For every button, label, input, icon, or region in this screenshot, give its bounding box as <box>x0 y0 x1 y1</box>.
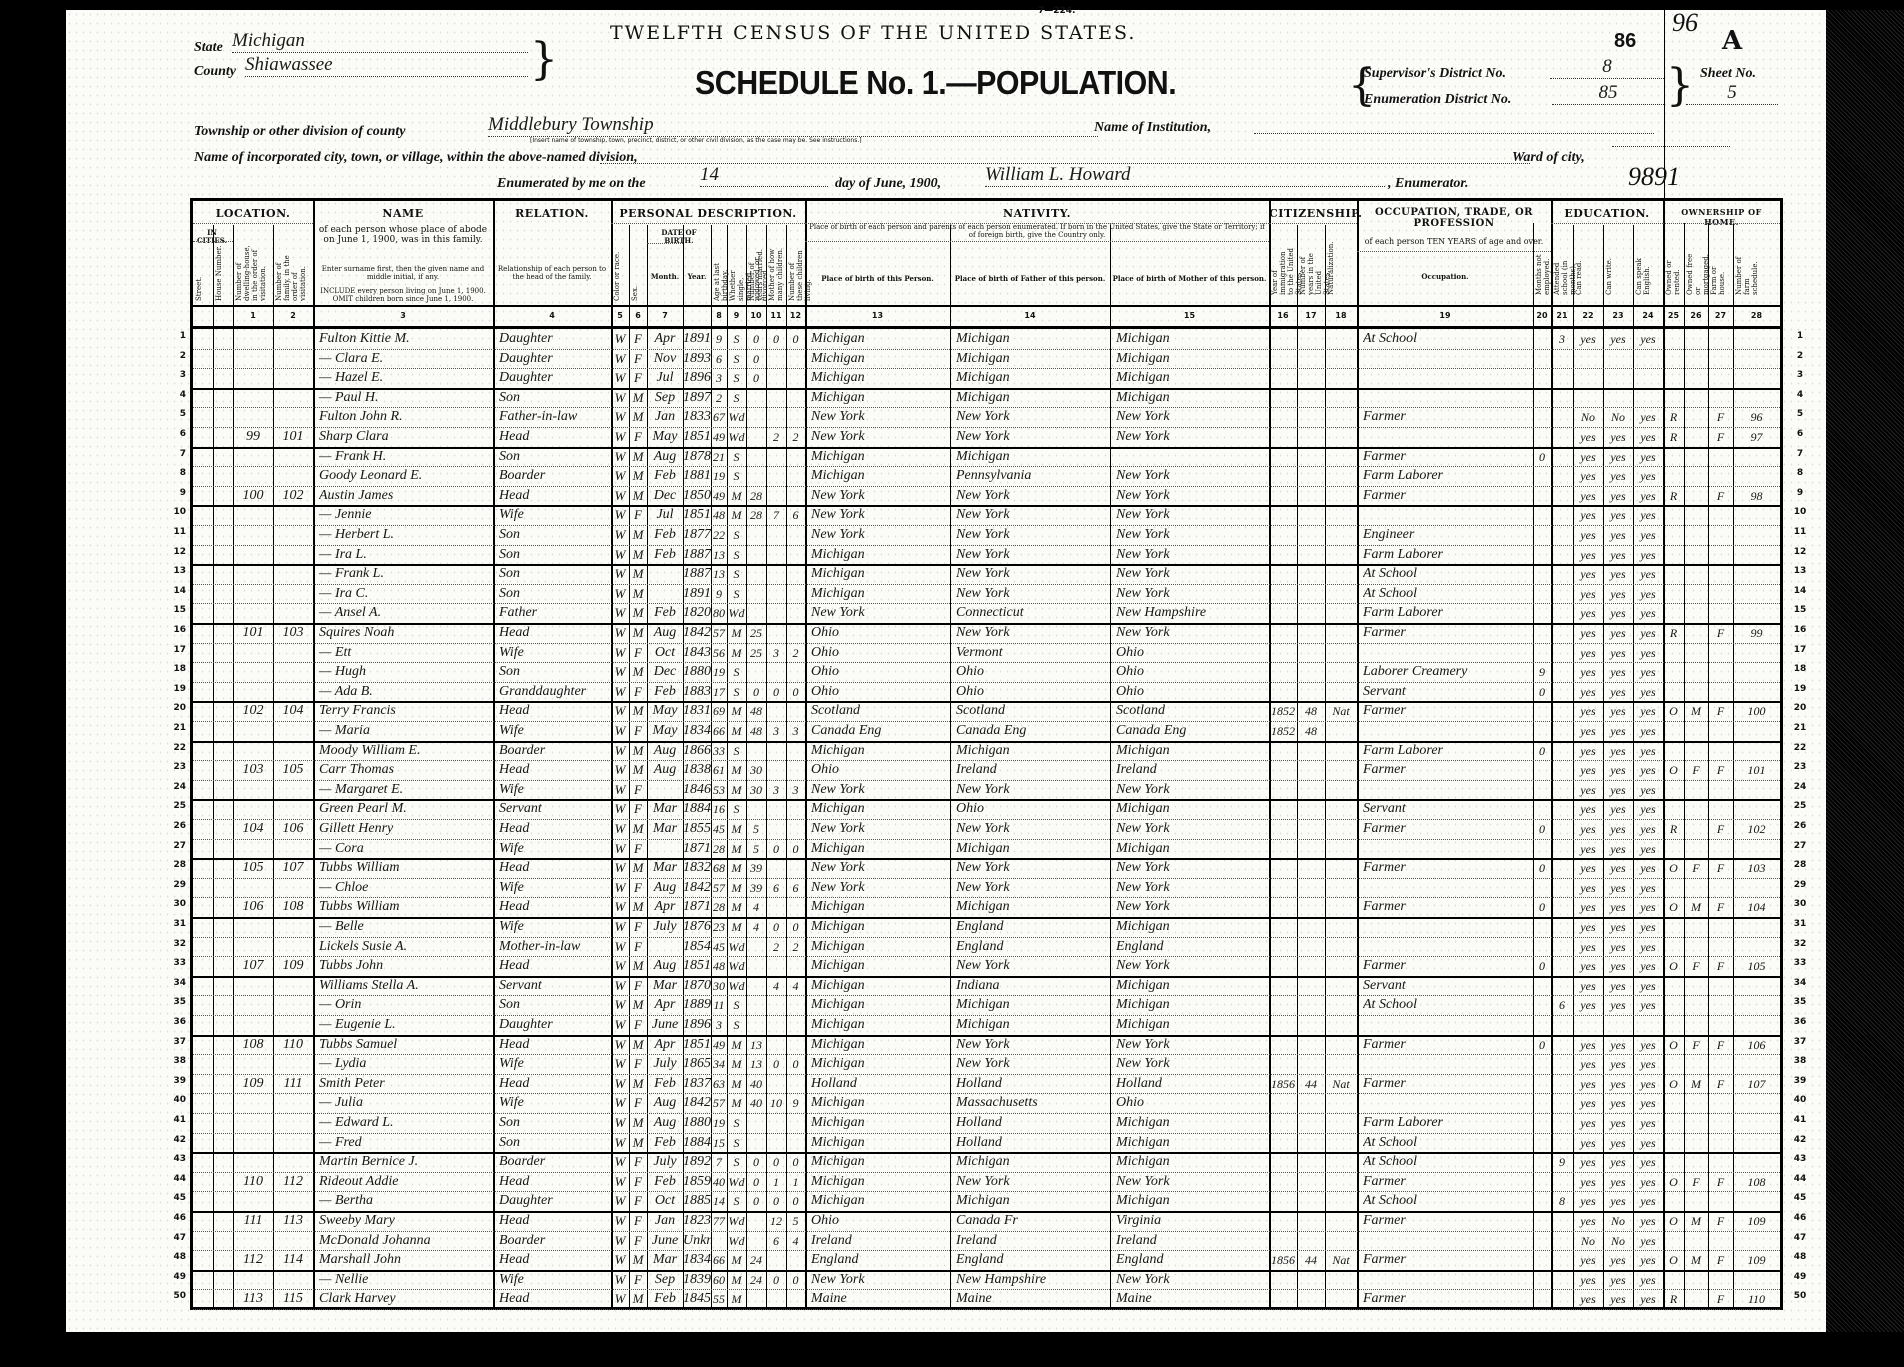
sheet-side: A <box>1722 26 1742 56</box>
row-number: 47 <box>1790 1233 1810 1243</box>
cell-fs <box>1733 662 1780 682</box>
cell-own <box>1663 662 1684 682</box>
cell-bpf: Michigan <box>956 329 1110 349</box>
cell-fm <box>1684 1093 1708 1113</box>
column-number: 23 <box>1603 311 1633 320</box>
cell-bpf: Ohio <box>956 662 1110 682</box>
cell-rel: Wife <box>499 505 611 525</box>
cell-sex: F <box>629 839 647 859</box>
cell-dw <box>233 976 273 996</box>
cell-mne <box>1533 349 1551 369</box>
cell-dw <box>233 564 273 584</box>
cell-yrs <box>1297 368 1325 388</box>
cell-month: Jan <box>647 407 683 427</box>
cell-name: — Ada B. <box>319 682 493 702</box>
column-label: Number of years married. <box>748 245 764 301</box>
header-relation: RELATION. <box>493 207 611 220</box>
cell-name: Fulton Kittie M. <box>319 329 493 349</box>
row-number: 2 <box>1790 351 1810 361</box>
cell-read: yes <box>1573 1289 1603 1309</box>
table-row: — HughSonWMDec188019SOhioOhioOhioLaborer… <box>193 662 1786 682</box>
header-location: LOCATION. <box>193 207 313 220</box>
cell-bp: Michigan <box>811 368 950 388</box>
cell-ms: S <box>727 525 746 545</box>
cell-imm: 1852 <box>1269 721 1297 741</box>
cell-mne: 0 <box>1533 741 1551 761</box>
cell-write: yes <box>1603 329 1633 349</box>
cell-own: R <box>1663 427 1684 447</box>
cell-month: Jul <box>647 505 683 525</box>
row-number: 6 <box>1790 429 1810 439</box>
cell-color: W <box>611 407 629 427</box>
cell-fam <box>273 995 313 1015</box>
cell-month: July <box>647 917 683 937</box>
cell-ms: S <box>727 682 746 702</box>
cell-sch <box>1551 643 1573 663</box>
cell-mne <box>1533 643 1551 663</box>
cell-yrs <box>1297 897 1325 917</box>
column-label: Place of birth of Mother of this person. <box>1110 275 1269 283</box>
cell-sch <box>1551 976 1573 996</box>
cell-fs <box>1733 1191 1780 1211</box>
cell-fs <box>1733 995 1780 1015</box>
cell-mc <box>766 603 786 623</box>
cell-yrs <box>1297 819 1325 839</box>
cell-name: Fulton John R. <box>319 407 493 427</box>
column-label: Owned or rented. <box>1665 245 1682 295</box>
cell-own <box>1663 721 1684 741</box>
cell-fh: F <box>1708 1211 1733 1231</box>
cell-month <box>647 584 683 604</box>
cell-speak <box>1633 368 1663 388</box>
cell-fs <box>1733 525 1780 545</box>
cell-age: 57 <box>711 878 727 898</box>
cell-own <box>1663 995 1684 1015</box>
cell-ms: M <box>727 1270 746 1290</box>
enumerator-name-field[interactable]: William L. Howard <box>985 164 1385 187</box>
column-number: 9 <box>727 311 746 320</box>
cell-fam <box>273 407 313 427</box>
row-number: 15 <box>1790 605 1810 615</box>
cell-read: yes <box>1573 505 1603 525</box>
cell-read: yes <box>1573 623 1603 643</box>
cell-year: 1884 <box>683 1133 711 1153</box>
cell-bp: New York <box>811 407 950 427</box>
city-label: Name of incorporated city, town, or vill… <box>194 150 638 166</box>
cell-ym <box>746 1289 766 1309</box>
cell-year: 1851 <box>683 1035 711 1055</box>
cell-mc <box>766 447 786 467</box>
cell-ym: 25 <box>746 643 766 663</box>
cell-rel: Head <box>499 1289 611 1309</box>
cell-imm <box>1269 662 1297 682</box>
cell-ym: 24 <box>746 1250 766 1270</box>
ward-field[interactable] <box>1612 146 1730 147</box>
cell-bpm: Ireland <box>1116 760 1269 780</box>
cell-fh <box>1708 349 1733 369</box>
cell-bpf: Holland <box>956 1113 1110 1133</box>
cell-mc <box>766 662 786 682</box>
cell-name: Rideout Addie <box>319 1172 493 1192</box>
cell-month: Sep <box>647 1270 683 1290</box>
cell-color: W <box>611 721 629 741</box>
cell-rel: Son <box>499 564 611 584</box>
cell-cl <box>786 799 805 819</box>
cell-own: O <box>1663 858 1684 878</box>
table-row: — Ada B.GranddaughterWFFeb188317S000Ohio… <box>193 682 1786 702</box>
cell-read: yes <box>1573 780 1603 800</box>
cell-yrs <box>1297 995 1325 1015</box>
township-field[interactable]: Middlebury Township <box>488 114 1098 137</box>
cell-mne <box>1533 1211 1551 1231</box>
cell-cl <box>786 760 805 780</box>
cell-name: Tubbs William <box>319 897 493 917</box>
table-row: 109111Smith PeterHeadWMFeb183763M40Holla… <box>193 1074 1786 1094</box>
cell-year: 1887 <box>683 545 711 565</box>
cell-ms: Wd <box>727 976 746 996</box>
column-label: Number of farm schedule. <box>1735 245 1778 295</box>
cell-read: yes <box>1573 447 1603 467</box>
cell-fm: F <box>1684 1035 1708 1055</box>
cell-own <box>1663 741 1684 761</box>
cell-color: W <box>611 917 629 937</box>
cell-bpm: Michigan <box>1116 1015 1269 1035</box>
row-number: 6 <box>168 429 186 439</box>
cell-mc <box>766 1133 786 1153</box>
cell-month: Apr <box>647 897 683 917</box>
table-row: — Hazel E.DaughterWFJul18963S0MichiganMi… <box>193 368 1786 388</box>
cell-mc <box>766 584 786 604</box>
cell-sex: F <box>629 721 647 741</box>
row-number: 8 <box>168 468 186 478</box>
county-field[interactable]: Shiawassee <box>245 54 528 77</box>
row-number: 4 <box>1790 390 1810 400</box>
cell-ym: 13 <box>746 1054 766 1074</box>
cell-name: Smith Peter <box>319 1074 493 1094</box>
cell-imm <box>1269 1152 1297 1172</box>
cell-fh <box>1708 564 1733 584</box>
cell-month: Apr <box>647 995 683 1015</box>
cell-sex: M <box>629 407 647 427</box>
cell-age: 68 <box>711 858 727 878</box>
ward-label: Ward of city, <box>1512 150 1585 166</box>
cell-write: yes <box>1603 741 1633 761</box>
column-number: 25 <box>1663 311 1684 320</box>
cell-imm <box>1269 427 1297 447</box>
cell-fs: 101 <box>1733 760 1780 780</box>
cell-bpf: New York <box>956 858 1110 878</box>
column-number: 13 <box>805 311 950 320</box>
cell-bpf: Scotland <box>956 701 1110 721</box>
cell-dw <box>233 1270 273 1290</box>
row-number: 28 <box>168 860 186 870</box>
cell-fh <box>1708 388 1733 408</box>
cell-color: W <box>611 662 629 682</box>
cell-bp: Michigan <box>811 545 950 565</box>
table-row: 113115Clark HarveyHeadWMFeb184555MMaineM… <box>193 1289 1786 1309</box>
cell-ym: 39 <box>746 858 766 878</box>
row-number: 35 <box>1790 997 1810 1007</box>
enumerator-label: , Enumerator. <box>1388 176 1469 192</box>
cell-yrs <box>1297 349 1325 369</box>
cell-bp: New York <box>811 427 950 447</box>
cell-bpm: Holland <box>1116 1074 1269 1094</box>
row-number: 39 <box>168 1076 186 1086</box>
row-number: 7 <box>1790 449 1810 459</box>
cell-own <box>1663 1093 1684 1113</box>
row-number: 14 <box>1790 586 1810 596</box>
cell-speak: yes <box>1633 1035 1663 1055</box>
cell-fh <box>1708 682 1733 702</box>
cell-name: — Belle <box>319 917 493 937</box>
cell-ym: 5 <box>746 839 766 859</box>
cell-yrs <box>1297 1054 1325 1074</box>
cell-fh <box>1708 799 1733 819</box>
cell-sch <box>1551 564 1573 584</box>
cell-rel: Head <box>499 623 611 643</box>
cell-cl <box>786 486 805 506</box>
cell-year: 1834 <box>683 1250 711 1270</box>
cell-sex: F <box>629 937 647 957</box>
row-number: 13 <box>1790 566 1810 576</box>
row-number: 40 <box>1790 1095 1810 1105</box>
cell-own: O <box>1663 760 1684 780</box>
cell-yrs <box>1297 878 1325 898</box>
cell-dw: 99 <box>233 427 273 447</box>
cell-name: — Hazel E. <box>319 368 493 388</box>
cell-name: Martin Bernice J. <box>319 1152 493 1172</box>
cell-imm <box>1269 878 1297 898</box>
column-number: 7 <box>647 311 683 320</box>
cell-bpm: New York <box>1116 858 1269 878</box>
cell-speak: yes <box>1633 819 1663 839</box>
cell-nat <box>1325 427 1357 447</box>
cell-read: yes <box>1573 819 1603 839</box>
cell-age: 69 <box>711 701 727 721</box>
column-number: 2 <box>273 311 313 320</box>
row-number: 26 <box>1790 821 1810 831</box>
cell-name: Tubbs John <box>319 956 493 976</box>
cell-speak: yes <box>1633 1250 1663 1270</box>
cell-mc: 0 <box>766 1270 786 1290</box>
cell-speak: yes <box>1633 839 1663 859</box>
cell-fh: F <box>1708 760 1733 780</box>
cell-mc <box>766 564 786 584</box>
cell-imm <box>1269 1172 1297 1192</box>
enumeration-day-field[interactable]: 14 <box>700 164 828 187</box>
cell-imm: 1856 <box>1269 1250 1297 1270</box>
cell-occ: At School <box>1363 584 1533 604</box>
cell-speak: yes <box>1633 741 1663 761</box>
cell-read: yes <box>1573 486 1603 506</box>
cell-fs <box>1733 1133 1780 1153</box>
cell-color: W <box>611 1191 629 1211</box>
cell-mne <box>1533 995 1551 1015</box>
cell-color: W <box>611 564 629 584</box>
cell-ym: 48 <box>746 701 766 721</box>
cell-own: O <box>1663 1035 1684 1055</box>
column-label: Place of birth of this Person. <box>805 275 950 283</box>
cell-cl <box>786 897 805 917</box>
cell-occ <box>1363 1054 1533 1074</box>
column-number: 26 <box>1684 311 1708 320</box>
cell-dw <box>233 1133 273 1153</box>
cell-sex: M <box>629 858 647 878</box>
cell-read: yes <box>1573 662 1603 682</box>
cell-fam <box>273 388 313 408</box>
cell-ms: M <box>727 1035 746 1055</box>
cell-read: yes <box>1573 1113 1603 1133</box>
cell-bp: Michigan <box>811 466 950 486</box>
header-name-desc: of each person whose place of abode on J… <box>317 225 489 245</box>
cell-read: yes <box>1573 1054 1603 1074</box>
cell-bpf: Holland <box>956 1074 1110 1094</box>
cell-fh <box>1708 741 1733 761</box>
row-number: 11 <box>168 527 186 537</box>
state-field[interactable]: Michigan <box>232 30 528 53</box>
cell-write: No <box>1603 1231 1633 1251</box>
cell-speak: yes <box>1633 1289 1663 1309</box>
cell-dw <box>233 917 273 937</box>
cell-read: yes <box>1573 878 1603 898</box>
cell-occ <box>1363 780 1533 800</box>
cell-bpf: Ireland <box>956 760 1110 780</box>
enumeration-district-field[interactable]: 85 <box>1552 82 1664 105</box>
cell-bpf: Maine <box>956 1289 1110 1309</box>
cell-fs: 96 <box>1733 407 1780 427</box>
cell-month: July <box>647 1054 683 1074</box>
cell-bpf: New Hampshire <box>956 1270 1110 1290</box>
cell-mne <box>1533 525 1551 545</box>
cell-rel: Daughter <box>499 329 611 349</box>
cell-fam <box>273 447 313 467</box>
column-label: Can read. <box>1575 245 1601 295</box>
cell-bpm: Michigan <box>1116 1133 1269 1153</box>
cell-own: R <box>1663 407 1684 427</box>
cell-write: yes <box>1603 1093 1633 1113</box>
cell-cl <box>786 349 805 369</box>
row-number: 12 <box>168 547 186 557</box>
cell-fh <box>1708 505 1733 525</box>
cell-occ: Farmer <box>1363 956 1533 976</box>
cell-sch <box>1551 1093 1573 1113</box>
cell-bpf: New York <box>956 956 1110 976</box>
row-number: 34 <box>168 978 186 988</box>
row-number: 48 <box>1790 1252 1810 1262</box>
cell-sch: 6 <box>1551 995 1573 1015</box>
cell-bpf: Michigan <box>956 368 1110 388</box>
supervisor-field[interactable]: 8 <box>1550 56 1664 79</box>
cell-fh <box>1708 878 1733 898</box>
cell-sch <box>1551 682 1573 702</box>
cell-read: yes <box>1573 682 1603 702</box>
cell-bp: Michigan <box>811 329 950 349</box>
row-number: 22 <box>1790 743 1810 753</box>
cell-nat <box>1325 1231 1357 1251</box>
sheet-value: 5 <box>1727 82 1737 103</box>
cell-rel: Wife <box>499 643 611 663</box>
cell-month: July <box>647 1152 683 1172</box>
cell-mne <box>1533 623 1551 643</box>
cell-write: yes <box>1603 1270 1633 1290</box>
institution-field[interactable] <box>1254 132 1654 134</box>
cell-own <box>1663 1231 1684 1251</box>
cell-own <box>1663 1270 1684 1290</box>
cell-nat <box>1325 623 1357 643</box>
cell-mne <box>1533 427 1551 447</box>
cell-read: yes <box>1573 1270 1603 1290</box>
cell-bp: Holland <box>811 1074 950 1094</box>
cell-dw <box>233 407 273 427</box>
enumeration-district-label: Enumeration District No. <box>1364 92 1511 108</box>
cell-year: 1850 <box>683 486 711 506</box>
cell-ms: Wd <box>727 937 746 957</box>
cell-year: 1851 <box>683 427 711 447</box>
cell-fam: 115 <box>273 1289 313 1309</box>
cell-fm <box>1684 505 1708 525</box>
cell-bpm: New York <box>1116 407 1269 427</box>
cell-ym <box>746 937 766 957</box>
header-divider <box>805 223 1269 224</box>
cell-sex: F <box>629 368 647 388</box>
cell-color: W <box>611 839 629 859</box>
cell-sch <box>1551 937 1573 957</box>
cell-mc <box>766 1015 786 1035</box>
cell-fh: F <box>1708 1172 1733 1192</box>
cell-month: Oct <box>647 1191 683 1211</box>
cell-own <box>1663 1191 1684 1211</box>
cell-mc: 0 <box>766 329 786 349</box>
cell-yrs <box>1297 505 1325 525</box>
cell-fam <box>273 682 313 702</box>
cell-fm <box>1684 584 1708 604</box>
row-number: 4 <box>168 390 186 400</box>
cell-ms: S <box>727 466 746 486</box>
cell-read: yes <box>1573 603 1603 623</box>
cell-month: Aug <box>647 623 683 643</box>
cell-bpf: Michigan <box>956 995 1110 1015</box>
cell-month: Apr <box>647 329 683 349</box>
cell-name: Carr Thomas <box>319 760 493 780</box>
cell-dw <box>233 1015 273 1035</box>
cell-sch <box>1551 1250 1573 1270</box>
sheet-field[interactable]: 5 <box>1686 82 1778 105</box>
cell-fam <box>273 368 313 388</box>
cell-dw <box>233 878 273 898</box>
cell-bp: New York <box>811 1270 950 1290</box>
cell-imm <box>1269 486 1297 506</box>
row-number: 2 <box>168 351 186 361</box>
cell-fam <box>273 643 313 663</box>
table-row: 106108Tubbs WilliamHeadWMApr187128M4Mich… <box>193 897 1786 917</box>
cell-occ: Farmer <box>1363 701 1533 721</box>
cell-speak: yes <box>1633 897 1663 917</box>
cell-fs: 98 <box>1733 486 1780 506</box>
cell-year: 1887 <box>683 564 711 584</box>
cell-fam <box>273 1152 313 1172</box>
cell-bpf: New York <box>956 780 1110 800</box>
cell-bpf: England <box>956 917 1110 937</box>
row-number: 9 <box>1790 488 1810 498</box>
cell-cl: 0 <box>786 917 805 937</box>
cell-sch <box>1551 1289 1573 1309</box>
column-number: 17 <box>1297 311 1325 320</box>
cell-sch <box>1551 447 1573 467</box>
header-ownership: OWNERSHIP OF HOME. <box>1663 207 1780 227</box>
cell-rel: Son <box>499 662 611 682</box>
cell-fam <box>273 505 313 525</box>
cell-bpm: New York <box>1116 564 1269 584</box>
